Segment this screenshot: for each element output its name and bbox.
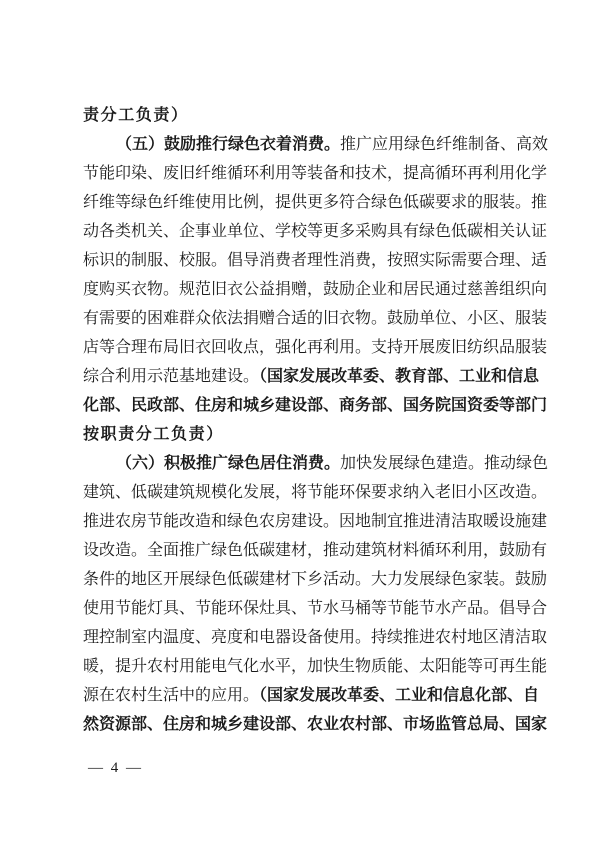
text-line: 建筑、低碳建筑规模化发展，将节能环保要求纳入老旧小区改造。	[83, 481, 519, 503]
text-line: 度购买衣物。规范旧衣公益捐赠，鼓励企业和居民通过慈善组织向	[83, 278, 519, 300]
text-line: 按职责分工负责）	[83, 423, 519, 445]
text-line: 化部、民政部、住房和城乡建设部、商务部、国务院国资委等部门	[83, 394, 519, 416]
text-line: 条件的地区开展绿色低碳建材下乡活动。大力发展绿色家装。鼓励	[83, 568, 519, 590]
text-line: 责分工负责）	[83, 104, 519, 126]
text-line: 动各类机关、企事业单位、学校等更多采购具有绿色低碳相关认证	[83, 220, 519, 242]
paragraph-text: 理控制室内温度、亮度和电器设备使用。持续推进农村地区清洁取	[83, 627, 547, 646]
section-heading-line: （五）鼓励推行绿色衣着消费。推广应用绿色纤维制备、高效	[116, 133, 519, 155]
text-line: 源在农村生活中的应用。（国家发展改革委、工业和信息化部、自	[83, 684, 519, 706]
paragraph-text: 纤维等绿色纤维使用比例，提供更多符合绿色低碳要求的服装。推	[83, 192, 547, 211]
paragraph-text: 暖，提升农村用能电气化水平，加快生物质能、太阳能等可再生能	[83, 656, 547, 675]
paragraph-text: 设改造。全面推广绿色低碳建材，推动建筑材料循环利用，鼓励有	[83, 540, 547, 559]
responsibility-note: 按职责分工负责）	[83, 424, 224, 443]
text-line: 暖，提升农村用能电气化水平，加快生物质能、太阳能等可再生能	[83, 655, 519, 677]
page-number: — 4 —	[88, 758, 143, 778]
text-line: 综合利用示范基地建设。（国家发展改革委、教育部、工业和信息	[83, 365, 519, 387]
paragraph-text: 节能印染、废旧纤维循环利用等装备和技术，提高循环再利用化学	[83, 163, 547, 182]
paragraph-text: 度购买衣物。规范旧衣公益捐赠，鼓励企业和居民通过慈善组织向	[83, 279, 547, 298]
paragraph-text: 有需要的困难群众依法捐赠合适的旧衣物。鼓励单位、小区、服装	[83, 308, 547, 327]
paragraph-text: 源在农村生活中的应用。	[83, 685, 259, 704]
paragraph-text: 推广应用绿色纤维制备、高效	[340, 134, 548, 153]
paragraph-text: 标识的制服、校服。倡导消费者理性消费，按照实际需要合理、适	[83, 250, 547, 269]
responsibility-note: （国家发展改革委、教育部、工业和信息	[259, 366, 539, 385]
text-line: 纤维等绿色纤维使用比例，提供更多符合绿色低碳要求的服装。推	[83, 191, 519, 213]
text-line: 店等合理布局旧衣回收点，强化再利用。支持开展废旧纺织品服装	[83, 336, 519, 358]
paragraph-text: 加快发展绿色建造。推动绿色	[340, 453, 548, 472]
text-line: 标识的制服、校服。倡导消费者理性消费，按照实际需要合理、适	[83, 249, 519, 271]
text-line: 然资源部、住房和城乡建设部、农业农村部、市场监管总局、国家	[83, 713, 519, 735]
paragraph-text: 使用节能灯具、节能环保灶具、节水马桶等节能节水产品。倡导合	[83, 598, 547, 617]
section-heading-five: （五）鼓励推行绿色衣着消费。	[116, 134, 340, 153]
responsibility-note: 责分工负责）	[83, 105, 189, 124]
text-line: 有需要的困难群众依法捐赠合适的旧衣物。鼓励单位、小区、服装	[83, 307, 519, 329]
paragraph-text: 综合利用示范基地建设。	[83, 366, 259, 385]
text-line: 节能印染、废旧纤维循环利用等装备和技术，提高循环再利用化学	[83, 162, 519, 184]
paragraph-text: 条件的地区开展绿色低碳建材下乡活动。大力发展绿色家装。鼓励	[83, 569, 547, 588]
text-line: 设改造。全面推广绿色低碳建材，推动建筑材料循环利用，鼓励有	[83, 539, 519, 561]
text-line: 理控制室内温度、亮度和电器设备使用。持续推进农村地区清洁取	[83, 626, 519, 648]
section-heading-line: （六）积极推广绿色居住消费。加快发展绿色建造。推动绿色	[116, 452, 519, 474]
responsibility-note: 然资源部、住房和城乡建设部、农业农村部、市场监管总局、国家	[83, 714, 547, 733]
text-line: 使用节能灯具、节能环保灶具、节水马桶等节能节水产品。倡导合	[83, 597, 519, 619]
paragraph-text: 店等合理布局旧衣回收点，强化再利用。支持开展废旧纺织品服装	[83, 337, 547, 356]
paragraph-text: 动各类机关、企事业单位、学校等更多采购具有绿色低碳相关认证	[83, 221, 547, 240]
text-line: 推进农房节能改造和绿色农房建设。因地制宜推进清洁取暖设施建	[83, 510, 519, 532]
responsibility-note: 化部、民政部、住房和城乡建设部、商务部、国务院国资委等部门	[83, 395, 547, 414]
paragraph-text: 推进农房节能改造和绿色农房建设。因地制宜推进清洁取暖设施建	[83, 511, 547, 530]
section-heading-six: （六）积极推广绿色居住消费。	[116, 453, 340, 472]
responsibility-note: （国家发展改革委、工业和信息化部、自	[259, 685, 539, 704]
paragraph-text: 建筑、低碳建筑规模化发展，将节能环保要求纳入老旧小区改造。	[83, 482, 547, 501]
document-page: 责分工负责） （五）鼓励推行绿色衣着消费。推广应用绿色纤维制备、高效 节能印染、…	[0, 0, 600, 848]
